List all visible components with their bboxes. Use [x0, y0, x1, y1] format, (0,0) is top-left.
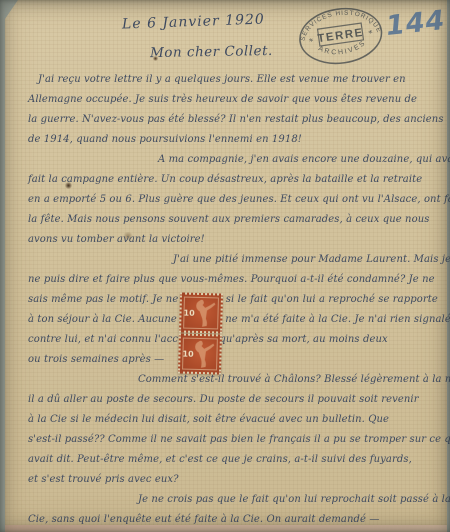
archive-page-number: 144 [385, 5, 447, 42]
stamp-star-right: * [368, 29, 373, 38]
oval-stamp-icon: SERVICES HISTORIQUES ARCHIVES TERRE * * [293, 0, 388, 72]
letter-line: J'ai reçu votre lettre il y a quelques j… [38, 70, 440, 90]
letter-salutation: Mon cher Collet. [150, 43, 273, 61]
postage-stamp-semeuse: 10 [178, 333, 222, 374]
archive-ink-stamp: SERVICES HISTORIQUES ARCHIVES TERRE * * [293, 0, 389, 76]
letter-line: avait dit. Peut-être même, et c'est ce q… [28, 450, 440, 470]
letter-line: contre lui, et n'ai connu l'accusation q… [28, 330, 440, 350]
letter-line: sais même pas le motif. Je ne sais pas s… [28, 290, 440, 310]
letter-line: A ma compagnie, j'en avais encore une do… [158, 150, 440, 170]
letter-line: de 1914, quand nous poursuivions l'ennem… [28, 130, 440, 150]
stamp-denomination: 10 [182, 350, 193, 359]
letter-line: J'ai une pitié immense pour Madame Laure… [173, 250, 440, 270]
letter-line: la fête. Mais nous pensons souvent aux p… [28, 210, 440, 230]
stamp-star-left: * [309, 37, 314, 46]
letter-line: Cie, sans quoi l'enquête eut été faite à… [28, 510, 440, 530]
postage-stamp-pair: 10 10 [176, 292, 225, 374]
letter-line: à ton séjour à la Cie. Aucune enquête ne… [28, 310, 440, 330]
stamp-center-text: TERRE [317, 27, 365, 45]
letter-line: il a dû aller au poste de secours. Du po… [28, 390, 440, 410]
letter-line: ne puis dire et faire plus que vous-même… [28, 270, 440, 290]
letter-line: s'est-il passé?? Comme il ne savait pas … [28, 430, 440, 450]
letter-line: avons vu tomber avant la victoire! [28, 230, 440, 250]
letter-body: J'ai reçu votre lettre il y a quelques j… [28, 70, 440, 530]
stamp-denomination: 10 [183, 309, 194, 318]
letter-line: ou trois semaines après — [28, 350, 440, 370]
letter-line: Je ne crois pas que le fait qu'on lui re… [138, 490, 440, 510]
letter-line: la guerre. N'avez-vous pas été blessé? I… [28, 110, 440, 130]
letter-line: en a emporté 5 ou 6. Plus guère que des … [28, 190, 440, 210]
postage-stamp-semeuse: 10 [179, 292, 223, 333]
letter-line: fait la campagne entière. Un coup désast… [28, 170, 440, 190]
letter-line: à la Cie si le médecin lui disait, soit … [28, 410, 440, 430]
letter-line: et s'est trouvé pris avec eux? [28, 470, 440, 490]
letter-line: Allemagne occupée. Je suis très heureux … [28, 90, 440, 110]
